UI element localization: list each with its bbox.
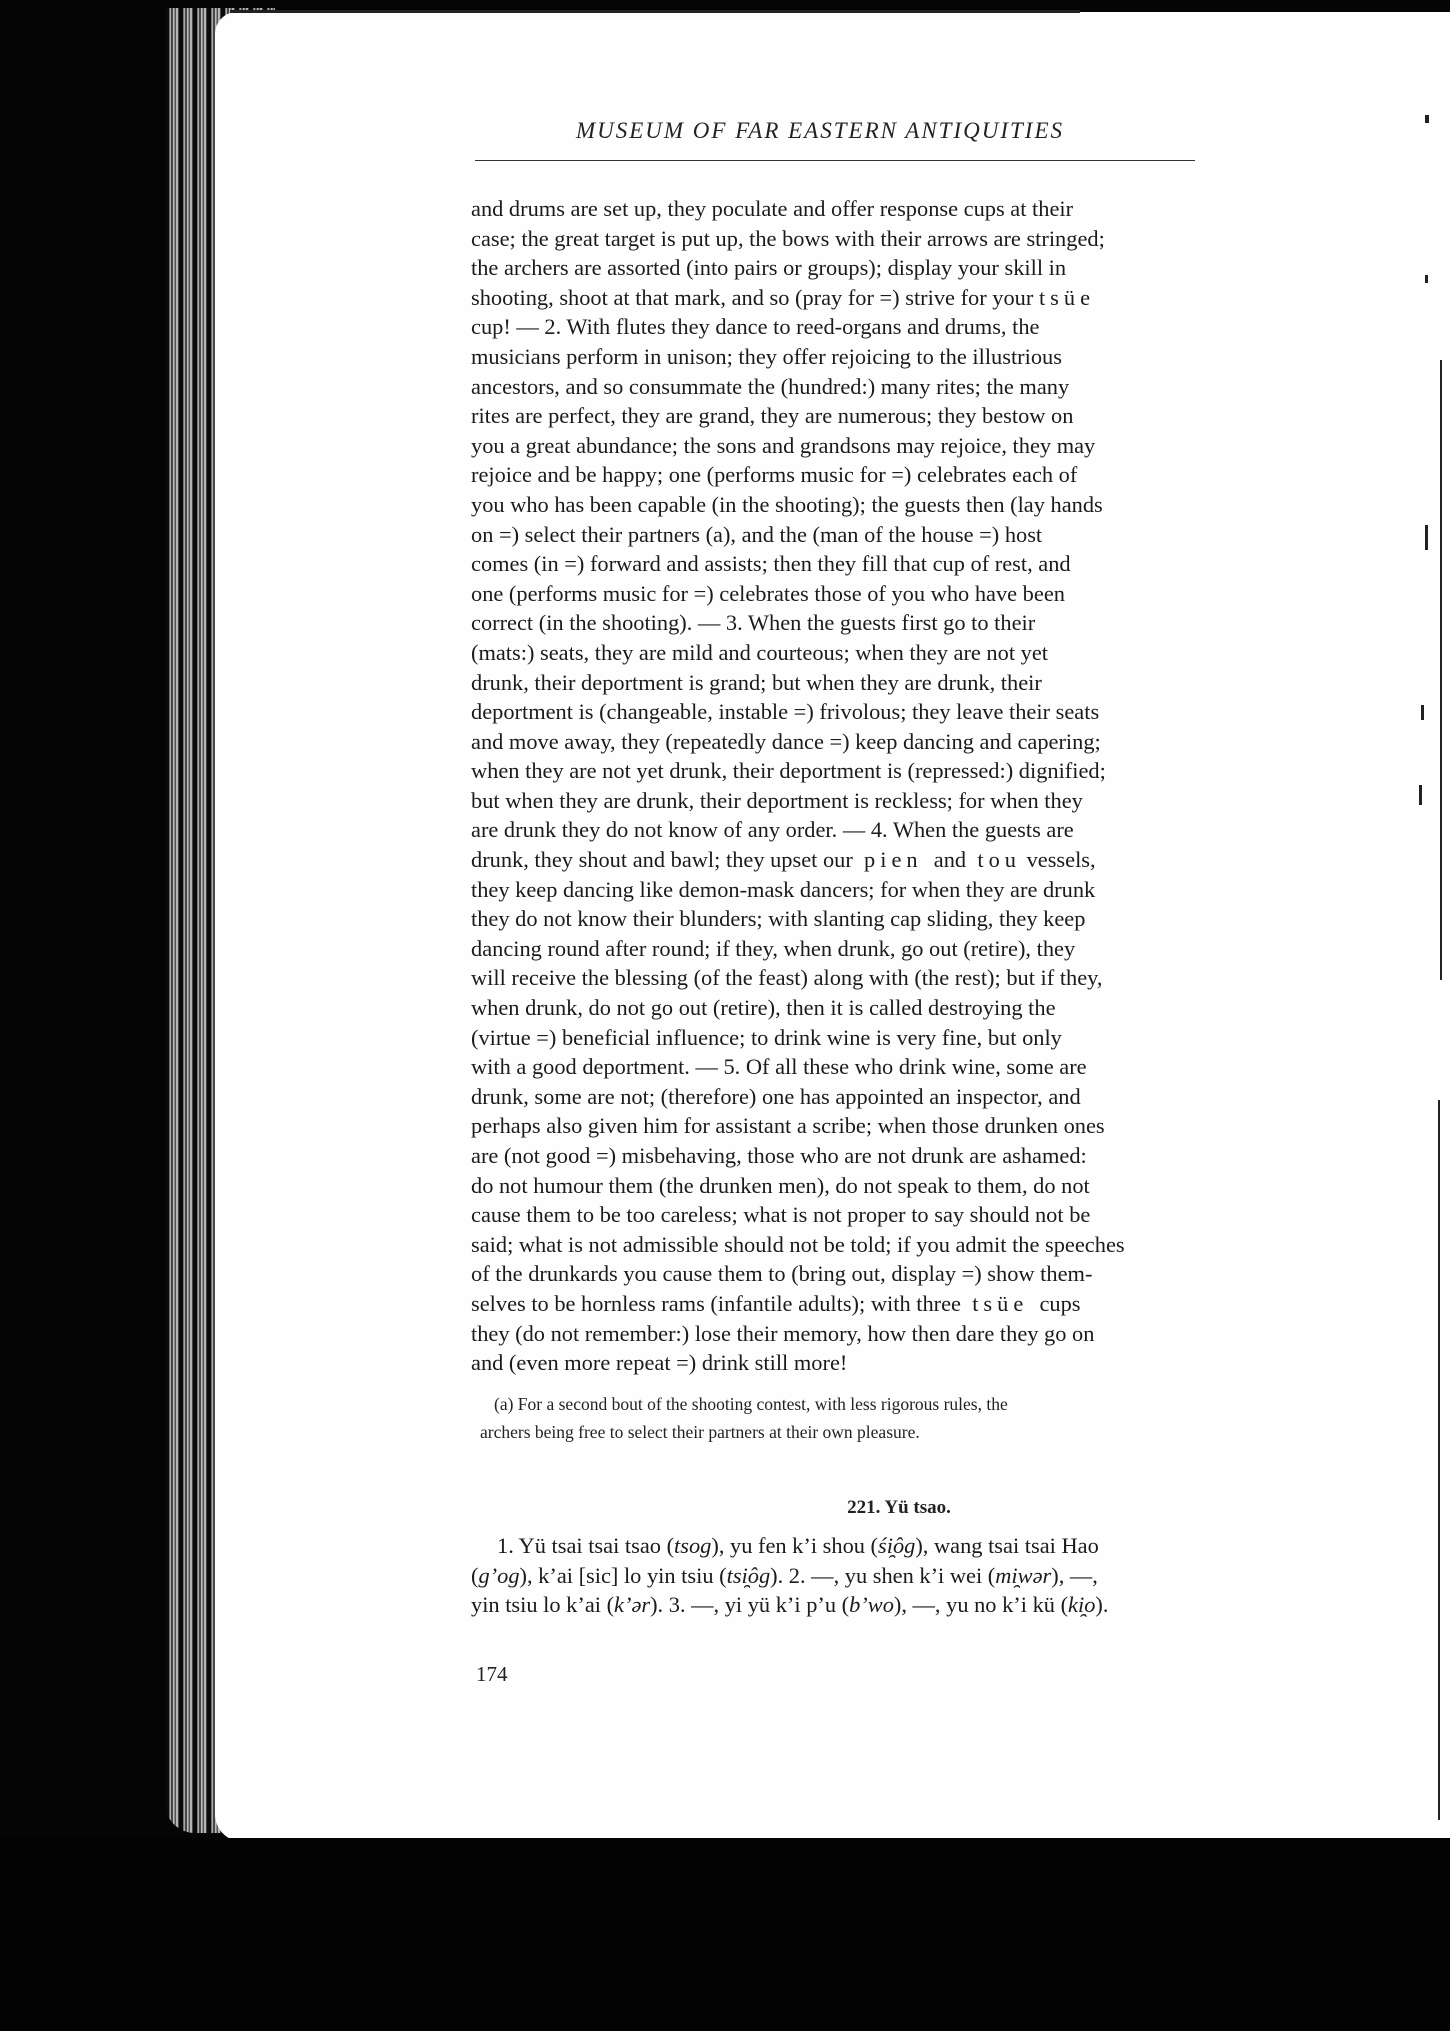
text-line: do not humour them (the drunken men), do… bbox=[471, 1171, 1327, 1201]
margin-speck bbox=[1425, 275, 1428, 283]
footnote-line: archers being free to select their partn… bbox=[480, 1418, 1328, 1446]
text-line: (virtue =) beneficial influence; to drin… bbox=[471, 1023, 1327, 1053]
text-line: when drunk, do not go out (retire), then… bbox=[471, 993, 1327, 1023]
text-line: will receive the blessing (of the feast)… bbox=[471, 963, 1327, 993]
footnote: (a) For a second bout of the shooting co… bbox=[480, 1390, 1328, 1446]
page-top-edge bbox=[230, 10, 1080, 13]
running-head: MUSEUM OF FAR EASTERN ANTIQUITIES bbox=[440, 118, 1200, 144]
text-line: they (do not remember:) lose their memor… bbox=[471, 1319, 1327, 1349]
text-line: dancing round after round; if they, when… bbox=[471, 934, 1327, 964]
text-line: are drunk they do not know of any order.… bbox=[471, 815, 1327, 845]
text-line: ancestors, and so consummate the (hundre… bbox=[471, 372, 1327, 402]
margin-speck bbox=[1421, 705, 1424, 720]
text-line: (mats:) seats, they are mild and courteo… bbox=[471, 638, 1327, 668]
text-span: vessels, bbox=[1027, 847, 1096, 872]
text-line: one (performs music for =) celebrates th… bbox=[471, 579, 1327, 609]
section-heading: 221. Yü tsao. bbox=[471, 1497, 1327, 1519]
text-line: comes (in =) forward and assists; then t… bbox=[471, 549, 1327, 579]
text-line: of the drunkards you cause them to (brin… bbox=[471, 1259, 1327, 1289]
page-edge-line bbox=[1438, 1100, 1440, 1820]
text-span: selves to be hornless rams (infantile ad… bbox=[471, 1291, 961, 1316]
text-line: cup! — 2. With flutes they dance to reed… bbox=[471, 312, 1327, 342]
text-line: on =) select their partners (a), and the… bbox=[471, 520, 1327, 550]
scan-bottom-background bbox=[0, 1838, 1450, 2031]
text-line: drunk, their deportment is grand; but wh… bbox=[471, 668, 1327, 698]
text-line: you who has been capable (in the shootin… bbox=[471, 490, 1327, 520]
text-line: drunk, some are not; (therefore) one has… bbox=[471, 1082, 1327, 1112]
text-line: the archers are assorted (into pairs or … bbox=[471, 253, 1327, 283]
text-line: said; what is not admissible should not … bbox=[471, 1230, 1327, 1260]
text-line: musicians perform in unison; they offer … bbox=[471, 342, 1327, 372]
text-span: and bbox=[934, 847, 966, 872]
text-line: and (even more repeat =) drink still mor… bbox=[471, 1348, 1327, 1378]
text-line: but when they are drunk, their deportmen… bbox=[471, 786, 1327, 816]
text-line: drunk, they shout and bawl; they upset o… bbox=[471, 845, 1327, 875]
text-line: with a good deportment. — 5. Of all thes… bbox=[471, 1052, 1327, 1082]
text-line: perhaps also given him for assistant a s… bbox=[471, 1111, 1327, 1141]
text-line: and drums are set up, they poculate and … bbox=[471, 194, 1327, 224]
text-line: are (not good =) misbehaving, those who … bbox=[471, 1141, 1327, 1171]
page-number: 174 bbox=[476, 1662, 508, 1687]
text-line: shooting, shoot at that mark, and so (pr… bbox=[471, 283, 1327, 313]
text-span: cups bbox=[1039, 1291, 1080, 1316]
text-line: deportment is (changeable, instable =) f… bbox=[471, 697, 1327, 727]
text-line: selves to be hornless rams (infantile ad… bbox=[471, 1289, 1327, 1319]
text-line: they keep dancing like demon-mask dancer… bbox=[471, 875, 1327, 905]
text-span: shooting, shoot at that mark, and so (pr… bbox=[471, 285, 1033, 310]
text-line: rejoice and be happy; one (performs musi… bbox=[471, 460, 1327, 490]
margin-speck bbox=[1425, 525, 1428, 550]
romanized-term: tsüe bbox=[972, 1291, 1028, 1316]
text-line: cause them to be too careless; what is n… bbox=[471, 1200, 1327, 1230]
text-line: and move away, they (repeatedly dance =)… bbox=[471, 727, 1327, 757]
text-line: yin tsiu lo k’ai (k’ər). 3. —, yi yü k’i… bbox=[471, 1590, 1327, 1620]
text-line: you a great abundance; the sons and gran… bbox=[471, 431, 1327, 461]
text-line: rites are perfect, they are grand, they … bbox=[471, 401, 1327, 431]
transliteration-text: 1. Yü tsai tsai tsao (tsog), yu fen k’i … bbox=[471, 1531, 1327, 1620]
text-line: 1. Yü tsai tsai tsao (tsog), yu fen k’i … bbox=[471, 1531, 1327, 1561]
romanized-term: tsüe bbox=[1039, 285, 1095, 310]
text-line: correct (in the shooting). — 3. When the… bbox=[471, 608, 1327, 638]
footnote-line: (a) For a second bout of the shooting co… bbox=[480, 1390, 1328, 1418]
margin-speck bbox=[1419, 785, 1422, 805]
text-line: when they are not yet drunk, their depor… bbox=[471, 756, 1327, 786]
romanized-term: tou bbox=[977, 847, 1021, 872]
body-text: and drums are set up, they poculate and … bbox=[471, 194, 1327, 1378]
header-rule bbox=[475, 160, 1195, 161]
text-span: drunk, they shout and bawl; they upset o… bbox=[471, 847, 853, 872]
page-gutter-shadow bbox=[255, 12, 280, 1832]
text-line: (g’og), k’ai [sic] lo yin tsiu (tsi̯ôg).… bbox=[471, 1561, 1327, 1591]
text-line: they do not know their blunders; with sl… bbox=[471, 904, 1327, 934]
romanized-term: pien bbox=[864, 847, 923, 872]
text-line: case; the great target is put up, the bo… bbox=[471, 224, 1327, 254]
margin-speck bbox=[1425, 115, 1429, 123]
page-edge-line bbox=[1440, 360, 1442, 980]
